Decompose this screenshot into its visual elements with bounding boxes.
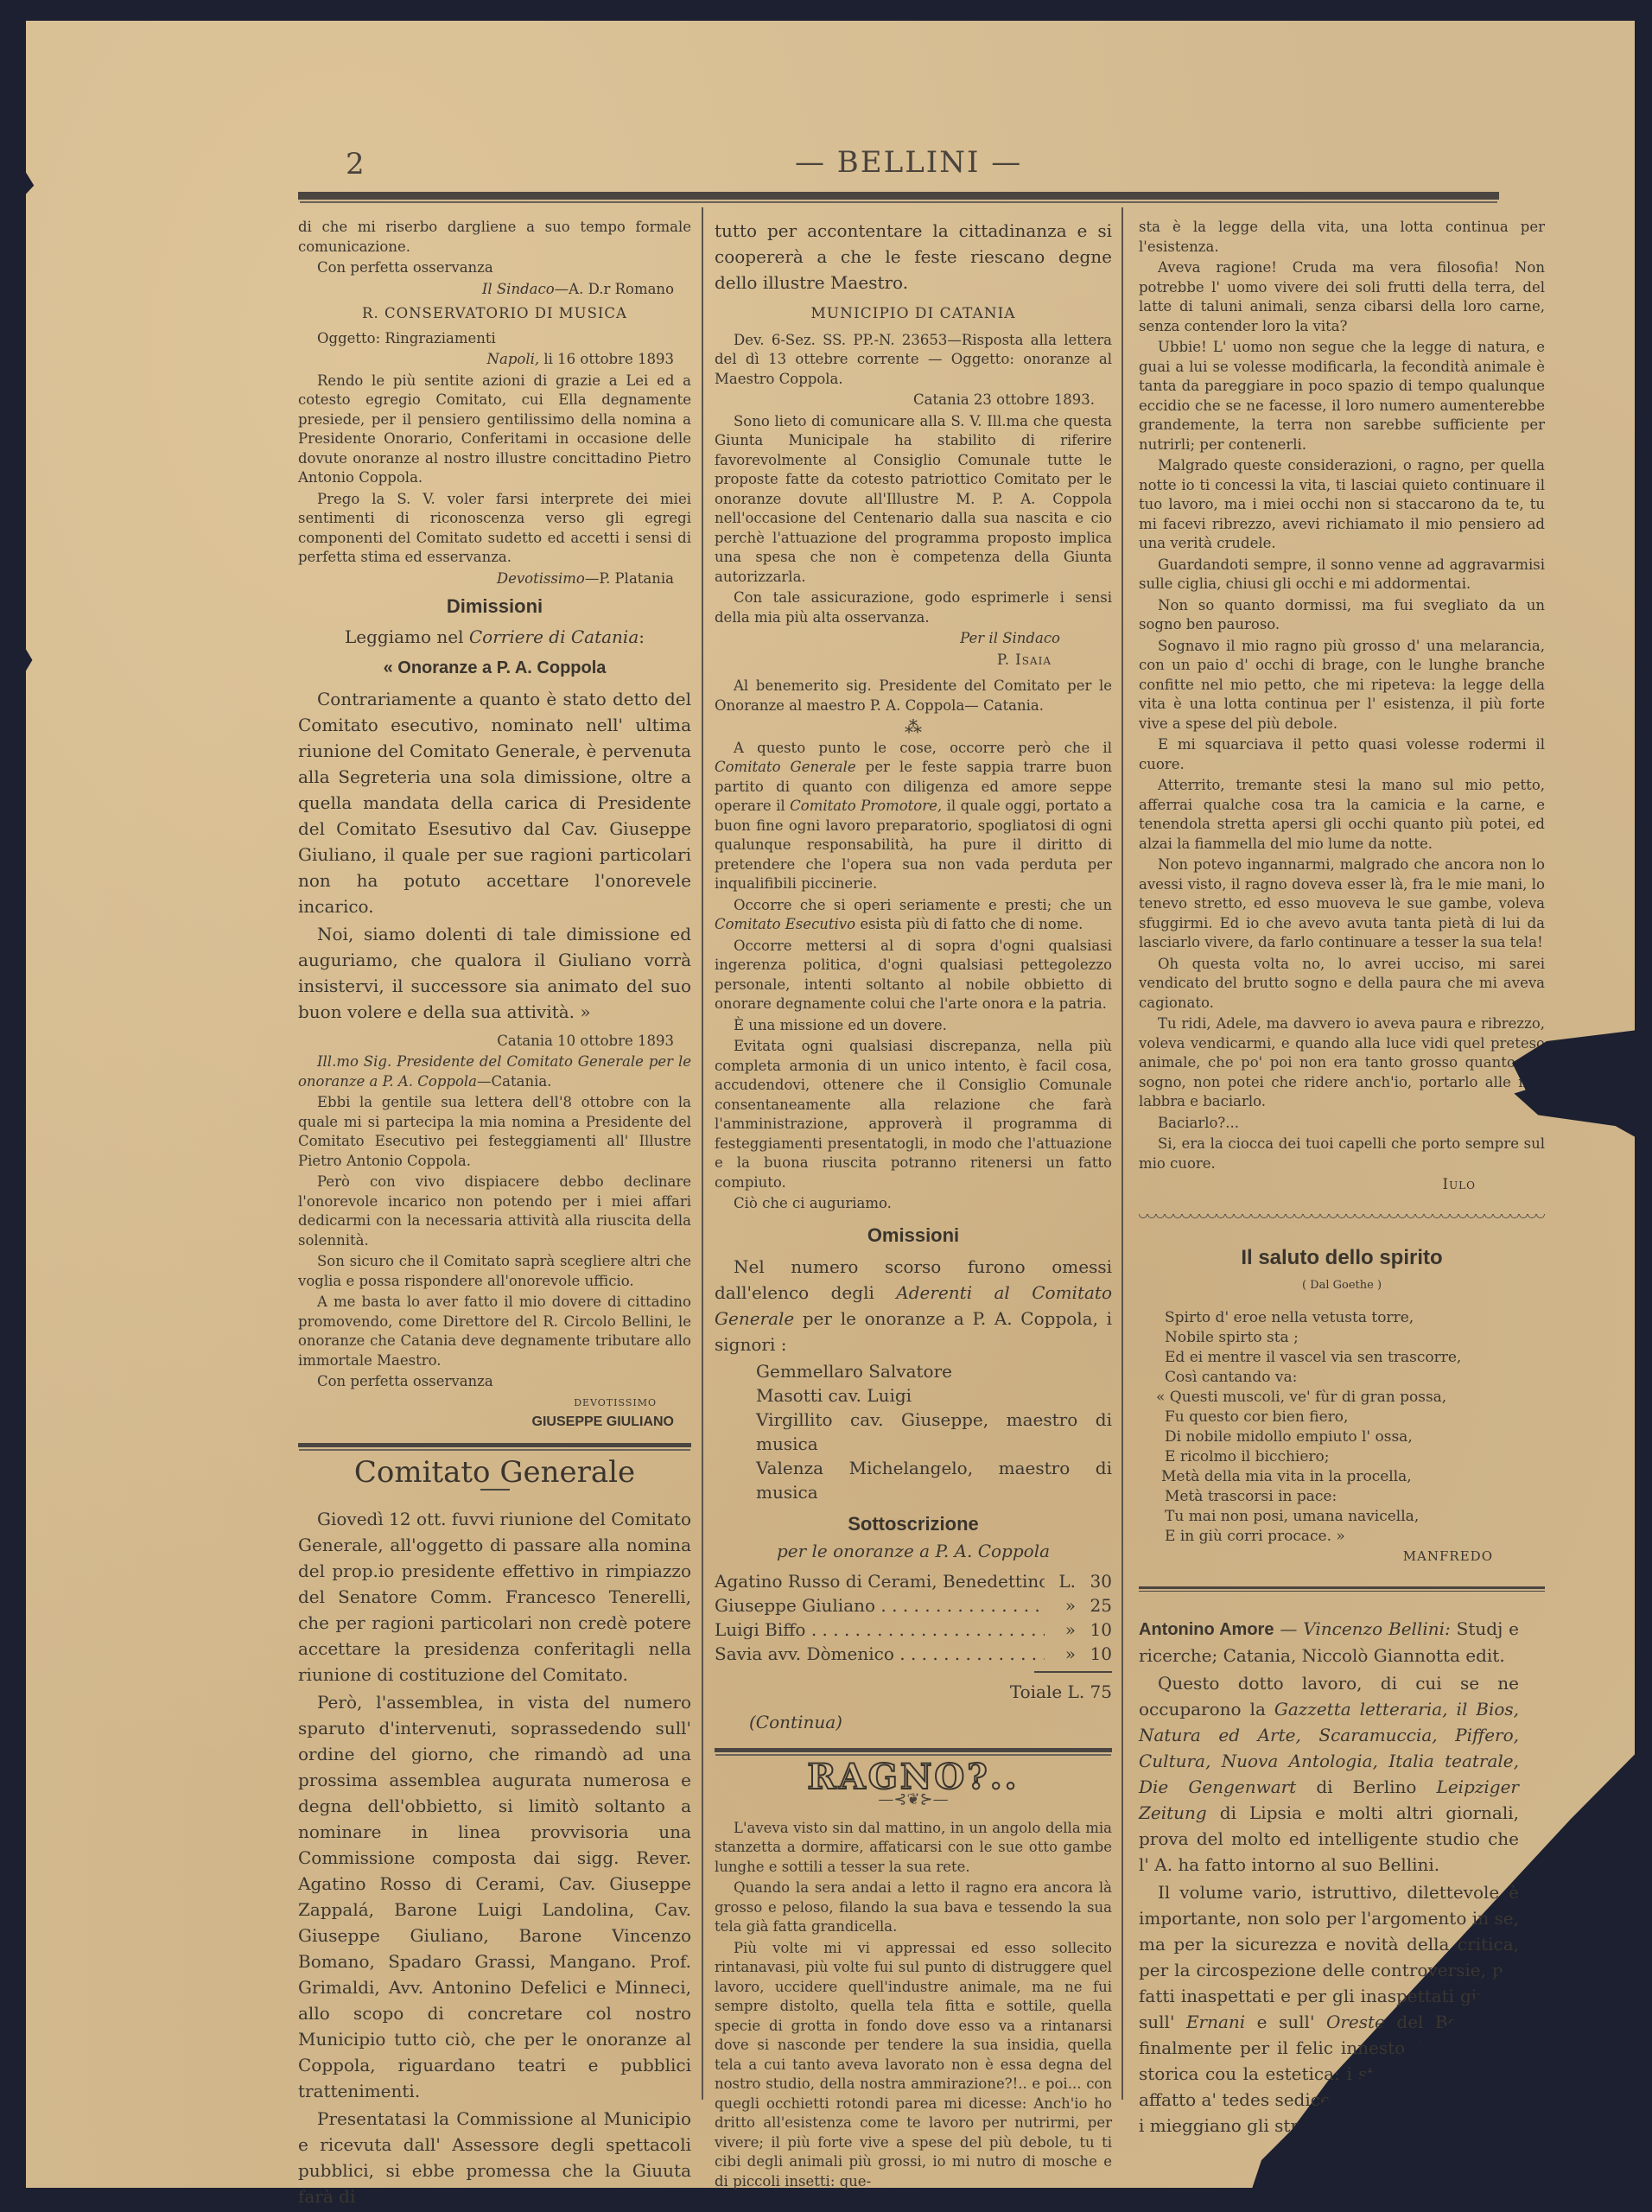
torn-paper-overlay bbox=[0, 0, 1652, 2212]
